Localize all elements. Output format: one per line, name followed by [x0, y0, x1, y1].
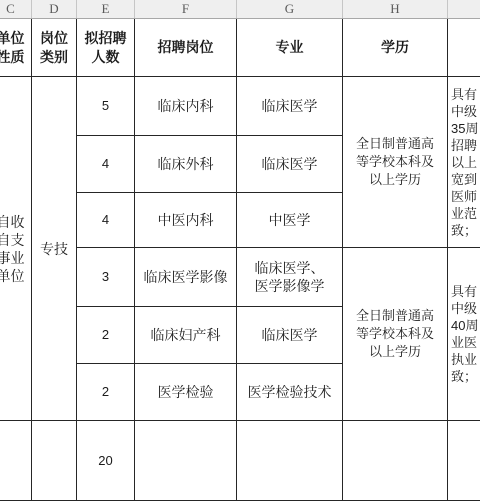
- planned-count-cell[interactable]: 5: [77, 77, 135, 136]
- post-header-cell[interactable]: 招聘岗位: [135, 19, 237, 77]
- major-cell[interactable]: 医学检验技术: [237, 364, 343, 421]
- post-cell[interactable]: 临床外科: [135, 136, 237, 193]
- requirement-total-cell[interactable]: [448, 421, 480, 480]
- major-header-cell[interactable]: 专业: [237, 19, 343, 77]
- post-cell[interactable]: 临床内科: [135, 77, 237, 136]
- column-header-e[interactable]: E: [77, 0, 135, 18]
- education-total-cell[interactable]: [343, 421, 448, 480]
- major-cell[interactable]: 临床医学、 医学影像学: [237, 248, 343, 307]
- major-cell[interactable]: 临床医学: [237, 136, 343, 193]
- recruitment-table: 单位 性质 岗位 类别 拟招聘 人数 招聘岗位 专业 学历 自收 自支 事业 单…: [0, 19, 480, 480]
- education-merged-top-cell[interactable]: 全日制普通高 等学校本科及 以上学历: [343, 77, 448, 248]
- spreadsheet: C D E F G H 单位 性质 岗位 类别 拟招聘 人数 招聘岗位 专业 学…: [0, 0, 480, 480]
- requirement-merged-top-cell[interactable]: 具有 中级 35周 招聘 以上 宽到 医师 业范 致；: [448, 77, 480, 248]
- post-cell[interactable]: 医学检验: [135, 364, 237, 421]
- column-header-d[interactable]: D: [32, 0, 77, 18]
- planned-count-header-cell[interactable]: 拟招聘 人数: [77, 19, 135, 77]
- post-total-cell[interactable]: [135, 421, 237, 480]
- post-cell[interactable]: 临床妇产科: [135, 307, 237, 364]
- post-cell[interactable]: 临床医学影像: [135, 248, 237, 307]
- column-header-i[interactable]: [448, 0, 480, 18]
- total-count-cell[interactable]: 20: [77, 421, 135, 480]
- major-cell[interactable]: 中医学: [237, 193, 343, 248]
- planned-count-cell[interactable]: 3: [77, 248, 135, 307]
- column-header-g[interactable]: G: [237, 0, 343, 18]
- post-category-header-cell[interactable]: 岗位 类别: [32, 19, 77, 77]
- post-category-total-cell[interactable]: [32, 421, 77, 480]
- planned-count-cell[interactable]: 4: [77, 136, 135, 193]
- unit-type-total-cell[interactable]: [0, 421, 32, 480]
- major-cell[interactable]: 临床医学: [237, 77, 343, 136]
- education-merged-bottom-cell[interactable]: 全日制普通高 等学校本科及 以上学历: [343, 248, 448, 421]
- planned-count-cell[interactable]: 2: [77, 364, 135, 421]
- column-header-c[interactable]: C: [0, 0, 32, 18]
- post-cell[interactable]: 中医内科: [135, 193, 237, 248]
- column-header-h[interactable]: H: [343, 0, 448, 18]
- major-cell[interactable]: 临床医学: [237, 307, 343, 364]
- post-category-merged-cell[interactable]: 专技: [32, 77, 77, 421]
- planned-count-cell[interactable]: 2: [77, 307, 135, 364]
- major-total-cell[interactable]: [237, 421, 343, 480]
- column-header-f[interactable]: F: [135, 0, 237, 18]
- unit-type-merged-cell[interactable]: 自收 自支 事业 单位: [0, 77, 32, 421]
- unit-type-header-cell[interactable]: 单位 性质: [0, 19, 32, 77]
- education-header-cell[interactable]: 学历: [343, 19, 448, 77]
- planned-count-cell[interactable]: 4: [77, 193, 135, 248]
- requirement-merged-bottom-cell[interactable]: 具有 中级 40周 业医 执业 致；: [448, 248, 480, 421]
- column-letters-row: C D E F G H: [0, 0, 480, 19]
- other-header-cell[interactable]: [448, 19, 480, 77]
